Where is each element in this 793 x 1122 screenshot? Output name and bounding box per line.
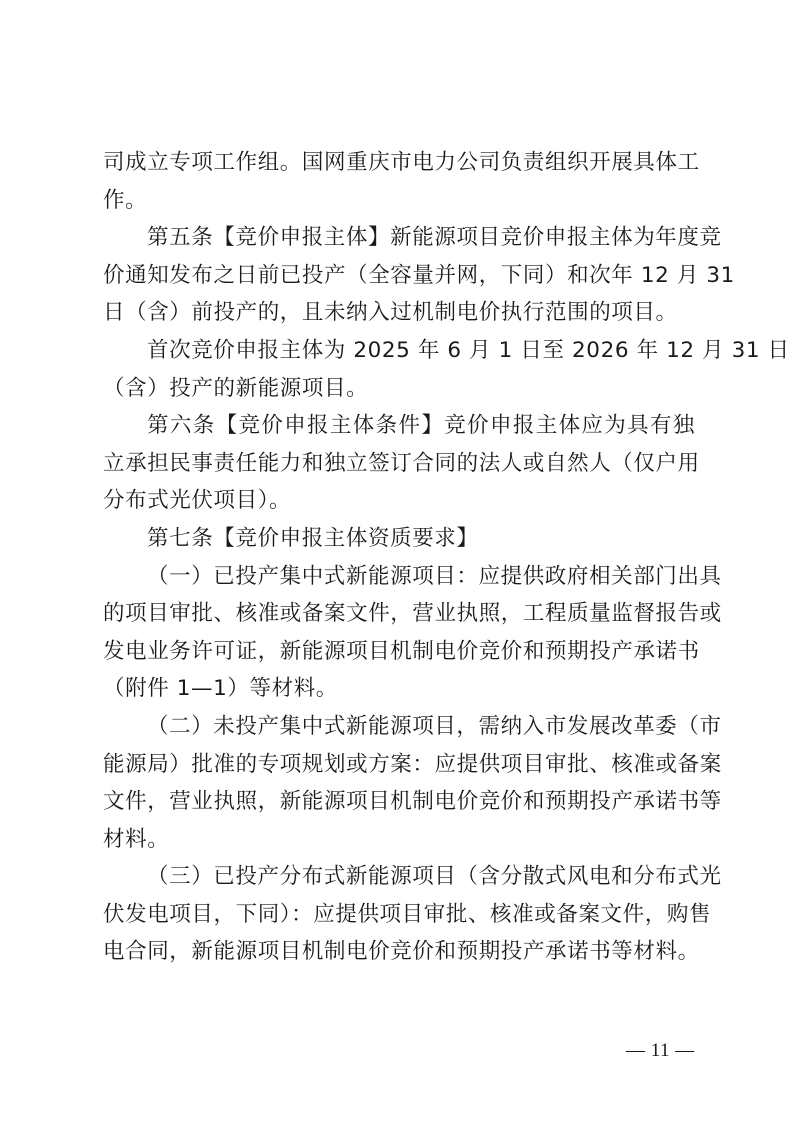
item-3-first-line: （三）已投产分布式新能源项目（含分散式风电和分布式光 xyxy=(103,858,695,896)
item-1-first-line: （一）已投产集中式新能源项目：应提供政府相关部门出具 xyxy=(103,558,695,596)
text-line: 能源局）批准的专项规划或方案：应提供项目审批、核准或备案 xyxy=(103,746,695,784)
text-line: 日（含）前投产的，且未纳入过机制电价执行范围的项目。 xyxy=(103,294,695,332)
text-line: 立承担民事责任能力和独立签订合同的法人或自然人（仅户用 xyxy=(103,445,695,483)
text-line: （附件 1—1）等材料。 xyxy=(103,670,695,708)
text-line: 价通知发布之日前已投产（全容量并网，下同）和次年 12 月 31 xyxy=(103,257,695,295)
text-line: 的项目审批、核准或备案文件，营业执照，工程质量监督报告或 xyxy=(103,595,695,633)
text-line: 司成立专项工作组。国网重庆市电力公司负责组织开展具体工 xyxy=(103,144,695,182)
text-line: （含）投产的新能源项目。 xyxy=(103,370,695,408)
article-6-heading-line: 第六条【竞价申报主体条件】竞价申报主体应为具有独 xyxy=(103,407,695,445)
item-2-first-line: （二）未投产集中式新能源项目，需纳入市发展改革委（市 xyxy=(103,708,695,746)
text-line: 作。 xyxy=(103,182,695,220)
text-line: 材料。 xyxy=(103,821,695,859)
page-number: — 11 — xyxy=(626,1040,695,1062)
text-line: 伏发电项目，下同）：应提供项目审批、核准或备案文件，购售 xyxy=(103,896,695,934)
article-5-heading-line: 第五条【竞价申报主体】新能源项目竞价申报主体为年度竞 xyxy=(103,219,695,257)
document-body: 司成立专项工作组。国网重庆市电力公司负责组织开展具体工 作。 第五条【竞价申报主… xyxy=(103,144,695,971)
text-line: 文件，营业执照，新能源项目机制电价竞价和预期投产承诺书等 xyxy=(103,783,695,821)
text-line: 发电业务许可证，新能源项目机制电价竞价和预期投产承诺书 xyxy=(103,633,695,671)
document-page: 司成立专项工作组。国网重庆市电力公司负责组织开展具体工 作。 第五条【竞价申报主… xyxy=(0,0,793,1122)
text-line: 分布式光伏项目）。 xyxy=(103,482,695,520)
text-line: 电合同，新能源项目机制电价竞价和预期投产承诺书等材料。 xyxy=(103,933,695,971)
paragraph-first-line: 首次竞价申报主体为 2025 年 6 月 1 日至 2026 年 12 月 31… xyxy=(103,332,695,370)
article-7-heading-line: 第七条【竞价申报主体资质要求】 xyxy=(103,520,695,558)
